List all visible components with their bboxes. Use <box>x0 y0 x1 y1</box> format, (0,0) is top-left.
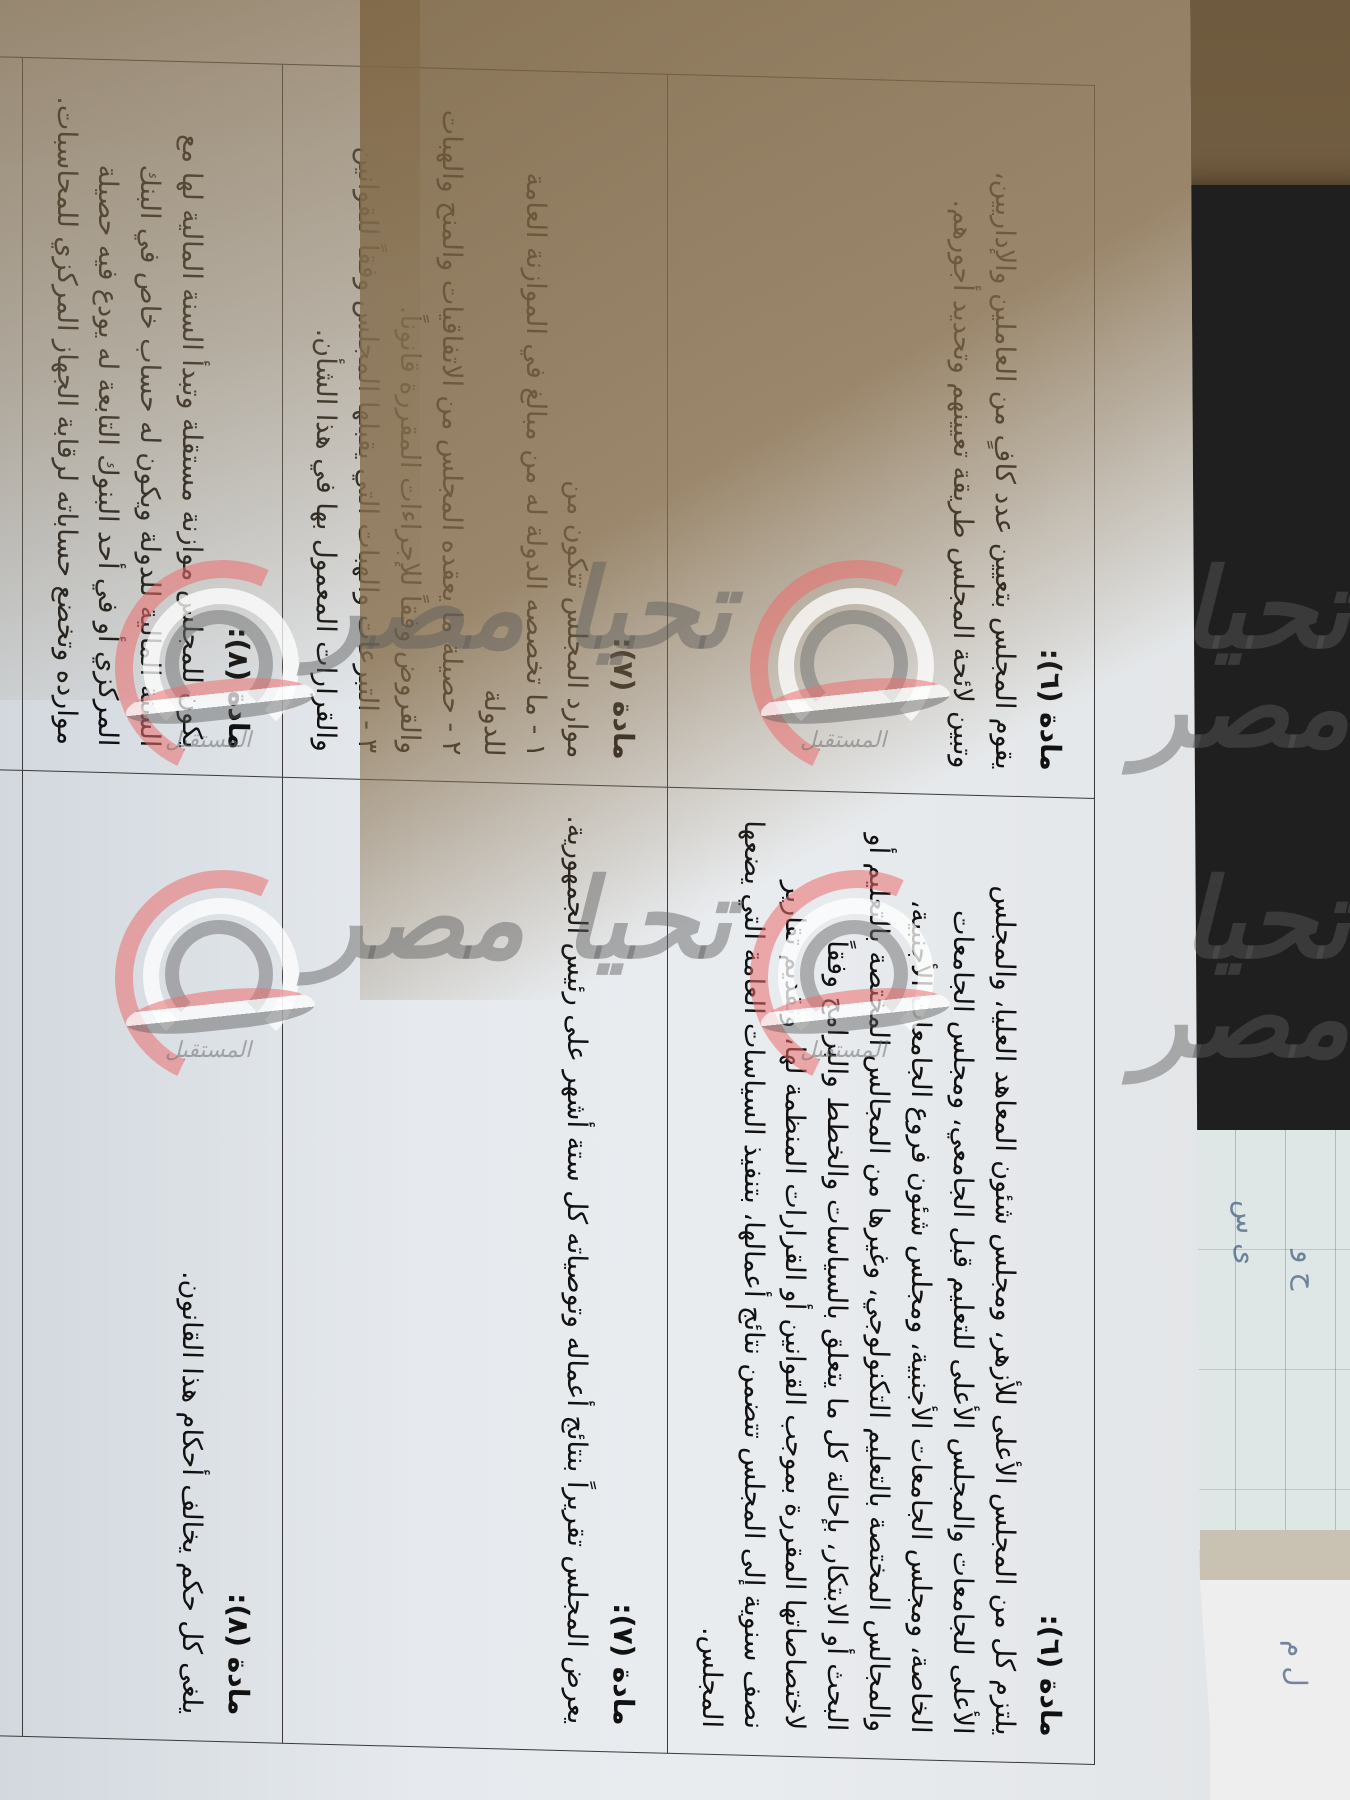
article-title: مادة (٦): <box>1029 823 1072 1737</box>
new-text-cell: مادة (٧): يعرض المجلس تقريراً بنتائج أعم… <box>282 777 667 1753</box>
paper-sheet <box>1200 1580 1350 1800</box>
document-page: مادة (٦): يلتزم كل من المجلس الأعلى للأز… <box>0 0 1210 1800</box>
article-body: يقوم المجلس بتعيين عدد كافٍ من العاملين … <box>947 171 1020 770</box>
new-text-cell: مادة (٦): يلتزم كل من المجلس الأعلى للأز… <box>667 787 1094 1764</box>
article-body: يلغى كل حكم يخالف أحكام هذا القانون. <box>176 1271 207 1715</box>
new-text-cell: مادة (٩): ينشر هذا القانون في الجريدة ال… <box>0 764 22 1736</box>
table-row-article-6: مادة (٦): يلتزم كل من المجلس الأعلى للأز… <box>667 74 1094 1764</box>
new-text-cell: مادة (٨): يلغى كل حكم يخالف أحكام هذا ال… <box>22 771 282 1744</box>
article-title: مادة (٨): <box>216 802 259 1716</box>
lighting-shadow <box>0 0 420 700</box>
article-title: مادة (٧): <box>601 812 644 1726</box>
article-intro: موارد المجلس تتكون من <box>556 98 598 759</box>
handwriting-text: ى س <box>1230 1200 1263 1265</box>
handwriting-text: ح و <box>1290 1250 1323 1291</box>
article-title: مادة (٧): <box>601 99 644 760</box>
article-body: يعرض المجلس تقريراً بنتائج أعماله وتوصيا… <box>561 815 592 1725</box>
list-item: ١ - ما تخصصه الدولة له من مبالغ في الموا… <box>472 96 556 758</box>
old-text-cell: مادة (٦): يقوم المجلس بتعيين عدد كافٍ من… <box>667 74 1094 798</box>
handwritten-notebook <box>1185 1130 1350 1550</box>
article-title: مادة (٦): <box>1029 110 1072 771</box>
handwriting-text: ل م <box>1280 1640 1313 1687</box>
article-body: يلتزم كل من المجلس الأعلى للأزهر، ومجلس … <box>696 820 1020 1736</box>
